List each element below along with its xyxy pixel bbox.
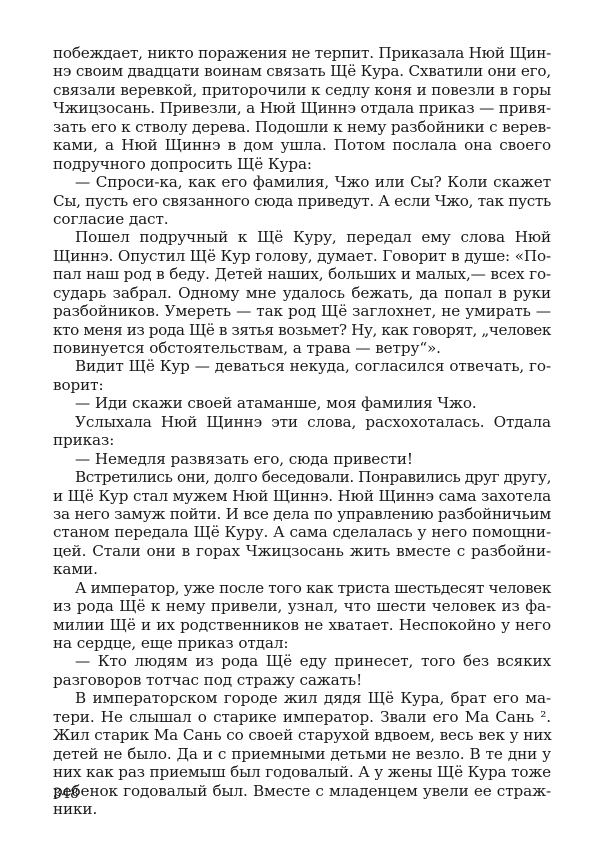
- text-line: Жил старик Ма Сань со своей старухой вдв…: [53, 726, 551, 744]
- text-line: приказ:: [53, 431, 551, 449]
- text-line: ребенок годовалый был. Вместе с младенце…: [53, 782, 551, 800]
- page-body-text: побеждает, никто поражения не терпит. Пр…: [53, 44, 551, 818]
- text-line: станом передала Щё Куру. А сама сделалас…: [53, 523, 551, 541]
- text-line: Встретились они, долго беседовали. Понра…: [53, 468, 551, 486]
- text-line: — Немедля развязать его, сюда привести!: [53, 450, 551, 468]
- page-number: 348: [53, 786, 79, 802]
- text-line: детей не было. Да и с приемными детьми н…: [53, 745, 551, 763]
- text-line: и Щё Кур стал мужем Нюй Щиннэ. Нюй Щиннэ…: [53, 487, 551, 505]
- text-line: побеждает, никто поражения не терпит. Пр…: [53, 44, 551, 62]
- text-line: кто меня из рода Щё в зятья возьмет? Ну,…: [53, 321, 551, 339]
- text-line: Услыхала Нюй Щиннэ эти слова, расхохотал…: [53, 413, 551, 431]
- text-line: — Кто людям из рода Щё еду принесет, тог…: [53, 652, 551, 670]
- text-line: Чжицзосань. Привезли, а Нюй Щиннэ отдала…: [53, 99, 551, 117]
- text-line: разбойников. Умереть — так род Щё заглох…: [53, 302, 551, 320]
- text-line: пал наш род в беду. Детей наших, больших…: [53, 265, 551, 283]
- text-line: за него замуж пойти. И все дела по управ…: [53, 505, 551, 523]
- text-line: милии Щё и их родственников не хватает. …: [53, 616, 551, 634]
- text-line: Сы, пусть его связанного сюда приведут. …: [53, 192, 551, 210]
- text-line: подручного допросить Щё Кура:: [53, 155, 551, 173]
- text-line: зать его к стволу дерева. Подошли к нему…: [53, 118, 551, 136]
- text-line: на сердце, еще приказ отдал:: [53, 634, 551, 652]
- text-line: Пошел подручный к Щё Куру, передал ему с…: [53, 228, 551, 246]
- text-line: нэ своим двадцати воинам связать Щё Кура…: [53, 62, 551, 80]
- text-line: разговоров тотчас под стражу сажать!: [53, 671, 551, 689]
- text-line: из рода Щё к нему привели, узнал, что ше…: [53, 597, 551, 615]
- text-line: них как раз приемыш был годовалый. А у ж…: [53, 763, 551, 781]
- text-line: сударь забрал. Одному мне удалось бежать…: [53, 284, 551, 302]
- text-line: Видит Щё Кур — деваться некуда, согласил…: [53, 357, 551, 375]
- text-line: ники.: [53, 800, 551, 818]
- text-line: — Иди скажи своей атаманше, моя фамилия …: [53, 394, 551, 412]
- text-line: — Спроси-ка, как его фамилия, Чжо или Сы…: [53, 173, 551, 191]
- text-line: ворит:: [53, 376, 551, 394]
- text-line: А император, уже после того как триста ш…: [53, 579, 551, 597]
- text-line: согласие даст.: [53, 210, 551, 228]
- text-line: повинуется обстоятельствам, а трава — ве…: [53, 339, 551, 357]
- text-line: цей. Стали они в горах Чжицзосань жить в…: [53, 542, 551, 560]
- text-line: В императорском городе жил дядя Щё Кура,…: [53, 689, 551, 707]
- text-line: тери. Не слышал о старике император. Зва…: [53, 708, 551, 726]
- text-line: связали веревкой, приторочили к седлу ко…: [53, 81, 551, 99]
- text-line: ками, а Нюй Щиннэ в дом ушла. Потом посл…: [53, 136, 551, 154]
- text-line: ками.: [53, 560, 551, 578]
- text-line: Щиннэ. Опустил Щё Кур голову, думает. Го…: [53, 247, 551, 265]
